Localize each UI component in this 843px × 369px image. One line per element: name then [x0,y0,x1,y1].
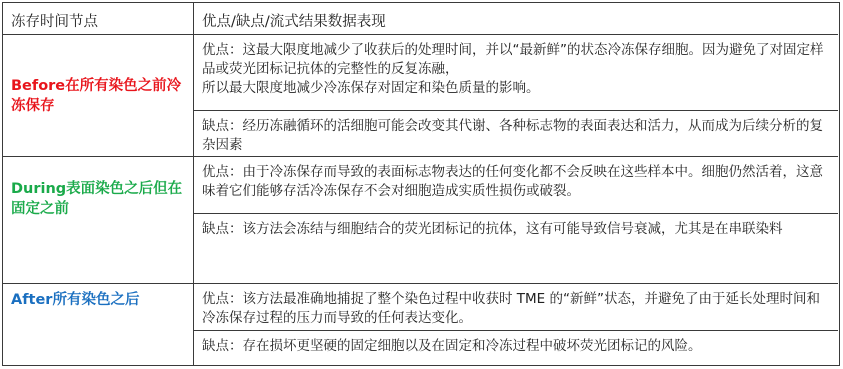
timepoint-label: Before在所有染色之前冷冻保存 [3,76,193,116]
timepoint-before: Before在所有染色之前冷冻保存 [3,35,194,157]
pros-during: 优点：由于冷冻保存而导致的表面标志物表达的任何变化都不会反映在这些样本中。细胞仍… [194,157,838,214]
cons-before: 缺点：经历冻融循环的活细胞可能会改变其代谢、各种标志物的表面表达和活力，从而成为… [194,111,838,157]
timepoint-label: After所有染色之后 [3,290,193,310]
cons-after: 缺点：存在损坏更坚硬的固定细胞以及在固定和冷冻过程中破坏荧光团标记的风险。 [194,331,838,365]
timepoint-label: During表面染色之后但在固定之前 [3,179,193,219]
cons-during: 缺点：该方法会冻结与细胞结合的荧光团标记的抗体，这有可能导致信号衰减，尤其是在串… [194,214,838,284]
pros-after: 优点：该方法最准确地捕捉了整个染色过程中收获时 TME 的“新鲜”状态，并避免了… [194,284,838,331]
header-timepoint: 冻存时间节点 [3,3,194,35]
comparison-table: 冻存时间节点 优点/缺点/流式结果数据表现 Before在所有染色之前冷冻保存 … [2,2,840,366]
timepoint-after: After所有染色之后 [3,284,194,365]
header-pros-cons: 优点/缺点/流式结果数据表现 [194,3,838,35]
timepoint-during: During表面染色之后但在固定之前 [3,157,194,284]
pros-before: 优点：这最大限度地减少了收获后的处理时间，并以“最新鲜”的状态冷冻保存细胞。因为… [194,35,838,111]
